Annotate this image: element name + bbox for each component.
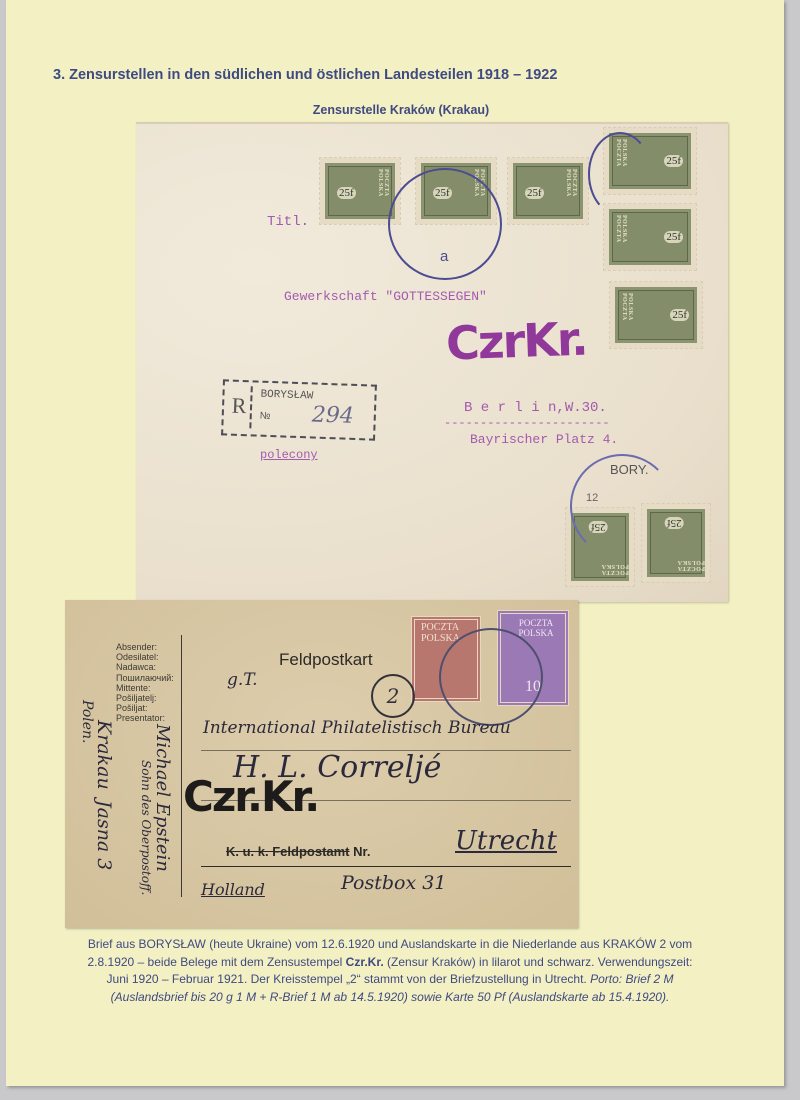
vertical-divider	[181, 635, 182, 897]
postmark-krakow-2	[439, 628, 543, 726]
registration-note: polecony	[260, 448, 318, 462]
page-title: 3. Zensurstellen in den südlichen und ös…	[53, 67, 557, 83]
address-city: B e r l i n,W.30.	[464, 400, 607, 416]
registered-cover: 25fPOCZTA POLSKA 25fPOCZTA POLSKA 25fPOC…	[136, 122, 728, 602]
exhibit-caption: Brief aus BORYSŁAW (heute Ukraine) vom 1…	[40, 936, 740, 1006]
postmark-partial	[588, 132, 652, 216]
salutation: Titl.	[267, 214, 309, 230]
field-postcard: Absender: Odesilatel: Nadawca: Пошилаючи…	[65, 600, 578, 928]
address-separator: -----------------------	[444, 416, 610, 430]
stamp-25f: 25fPOCZTA POLSKA	[508, 158, 588, 224]
address-postbox: Postbox 31	[341, 872, 446, 894]
feldpostamt-line: K. u. k. Feldpostamt Nr.	[226, 844, 370, 859]
sender-title: Sohn des Oberpostoff.	[139, 760, 153, 895]
address-country: Holland	[201, 880, 265, 899]
address-line-1: International Philatelistisch Bureau	[203, 718, 511, 738]
postmark-borislaw-lower: BORY. 12	[570, 454, 674, 558]
stamp-25f: 25fPOCZTA POLSKA	[610, 282, 702, 348]
registration-label: R BORYSŁAW № 294	[221, 379, 377, 440]
address-city: Utrecht	[455, 826, 557, 856]
censor-stamp-czrkr: CzrKr.	[445, 312, 587, 371]
sender-name: Michael Epstein	[152, 724, 173, 872]
sender-city: Krakau	[93, 720, 115, 790]
delivery-circle-stamp: 2	[371, 674, 415, 718]
address-street: Bayrischer Platz 4.	[470, 432, 618, 447]
sender-street: Jasna 3	[93, 800, 115, 870]
address-rule	[201, 866, 571, 867]
censor-stamp-czrkr-black: Czr.Kr.	[183, 772, 318, 821]
section-subtitle: Zensurstelle Kraków (Krakau)	[6, 103, 784, 117]
postmark-borislaw: a	[388, 168, 502, 280]
addressee: Gewerkschaft "GOTTESSEGEN"	[284, 289, 487, 304]
sender-labels: Absender: Odesilatel: Nadawca: Пошилаючи…	[116, 642, 174, 724]
card-title: Feldpostkart	[279, 650, 373, 670]
greeting: g.T.	[227, 670, 258, 690]
